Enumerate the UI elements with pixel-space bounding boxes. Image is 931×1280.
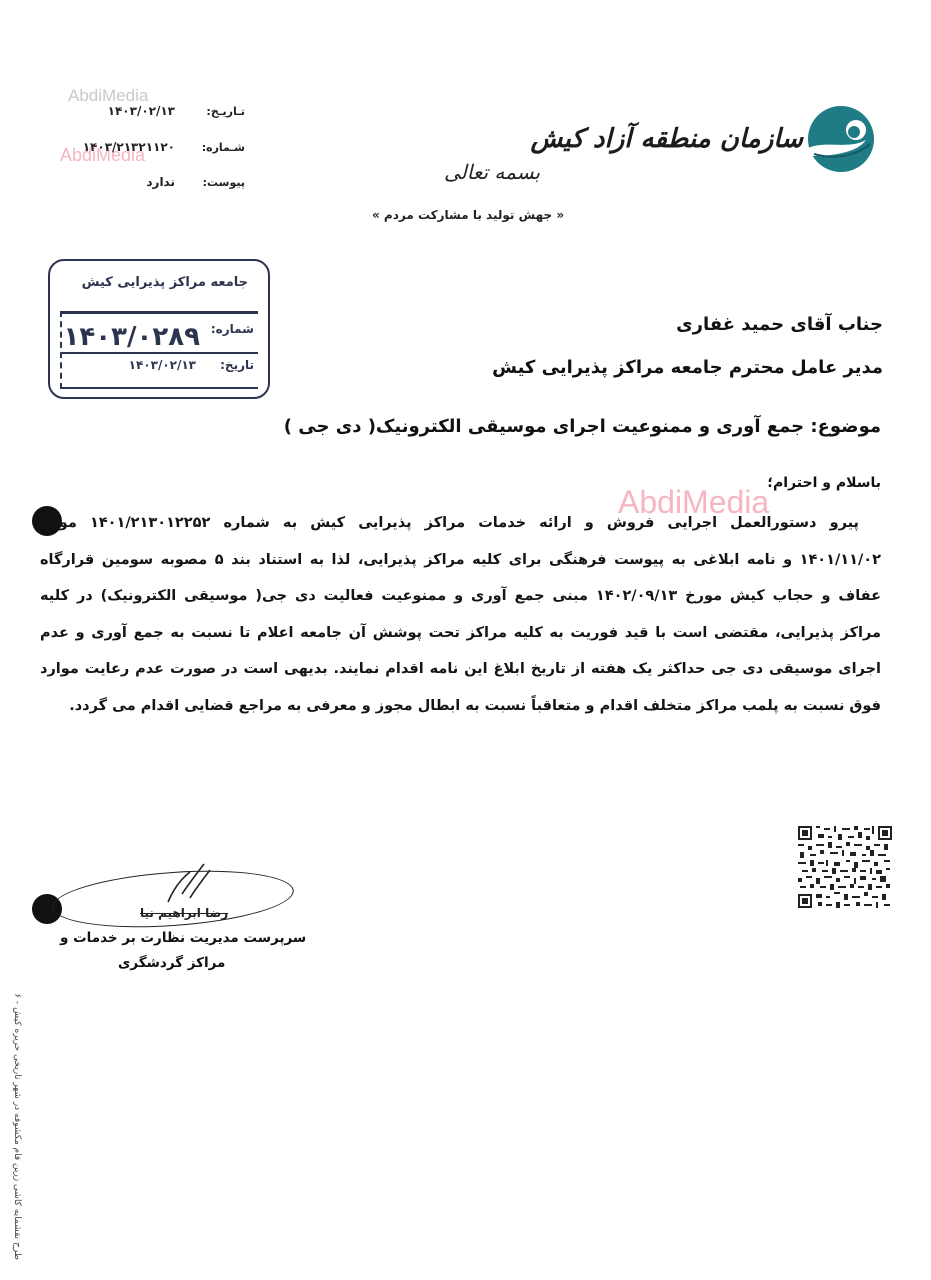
signatory-name: رضا ابراهیم نیا (140, 906, 228, 920)
greeting: باسلام و احترام؛ (767, 475, 881, 491)
body-line-1: پیرو دستورالعمل اجرایی فروش و ارائه خدما… (40, 505, 881, 542)
letter-body: پیرو دستورالعمل اجرایی فروش و ارائه خدما… (40, 505, 881, 724)
slogan: « جهش تولید با مشارکت مردم » (372, 208, 564, 222)
qr-code-icon (796, 824, 894, 910)
meta-number-label: شـماره: (195, 141, 245, 154)
stamp-title: جامعه مراکز پذیرایی کیش (82, 275, 248, 290)
redaction-mark (32, 506, 62, 536)
meta-number-row: شـماره: ۱۴۰۳/۲۱۳۲۱۱۲۰ (83, 140, 245, 154)
meta-attachment-value: ندارد (146, 175, 175, 189)
meta-date-label: تـاریـخ: (195, 105, 245, 118)
basmala: بسمه تعالی (444, 160, 540, 184)
received-stamp: جامعه مراکز پذیرایی کیش شماره: ۱۴۰۳/۰۲۸۹… (48, 259, 270, 399)
signatory-title-line1: سرپرست مدیریت نظارت بر خدمات و (60, 930, 306, 946)
signatory-title-line2: مراکز گردشگری (118, 955, 225, 971)
meta-number-value: ۱۴۰۳/۲۱۳۲۱۱۲۰ (83, 140, 175, 154)
body-line-3: عفاف و حجاب کیش مورخ ۱۴۰۲/۰۹/۱۳ مبنی جمع… (40, 578, 881, 615)
stamp-date-label: تاریخ: (220, 358, 254, 372)
stamp-number-value: ۱۴۰۳/۰۲۸۹ (64, 322, 200, 352)
body-line-6: فوق نسبت به پلمب مراکز متخلف اقدام و متع… (40, 688, 881, 725)
meta-attachment-label: پیوست: (195, 176, 245, 189)
stamp-date-value: ۱۴۰۳/۰۲/۱۳ (129, 358, 196, 372)
stamp-inner-box: شماره: ۱۴۰۳/۰۲۸۹ تاریخ: ۱۴۰۳/۰۲/۱۳ (60, 311, 258, 389)
stamp-divider (62, 352, 258, 354)
stamp-number-label: شماره: (211, 322, 254, 336)
recipient-title: مدیر عامل محترم جامعه مراکز پذیرایی کیش (492, 357, 883, 378)
body-line-4: مراکز پذیرایی، مقتضی است با قید فوریت به… (40, 615, 881, 652)
kish-free-zone-logo-icon (806, 104, 876, 174)
watermark-gray: AbdiMedia (68, 86, 148, 106)
letter-subject: موضوع: جمع آوری و ممنوعیت اجرای موسیقی ا… (284, 416, 881, 437)
meta-attachment-row: پیوست: ندارد (146, 176, 245, 189)
body-line-2: ۱۴۰۱/۱۱/۰۲ و نامه ابلاغی به پیوست فرهنگی… (40, 542, 881, 579)
signature-mark-icon (160, 858, 220, 908)
organization-name: سازمان منطقه آزاد کیش (530, 124, 803, 154)
meta-date-value: ۱۴۰۳/۰۲/۱۳ (108, 104, 175, 118)
footer-vertical-note: طرح نقشمایه کاشی زرین فام مکشوفه در شهر … (2, 960, 22, 1260)
recipient-name: جناب آقای حمید غفاری (676, 314, 883, 335)
body-line-5: اجرای موسیقی دی جی حداکثر یک هفته از تار… (40, 651, 881, 688)
meta-date-row: تـاریـخ: ۱۴۰۳/۰۲/۱۳ (108, 104, 245, 118)
